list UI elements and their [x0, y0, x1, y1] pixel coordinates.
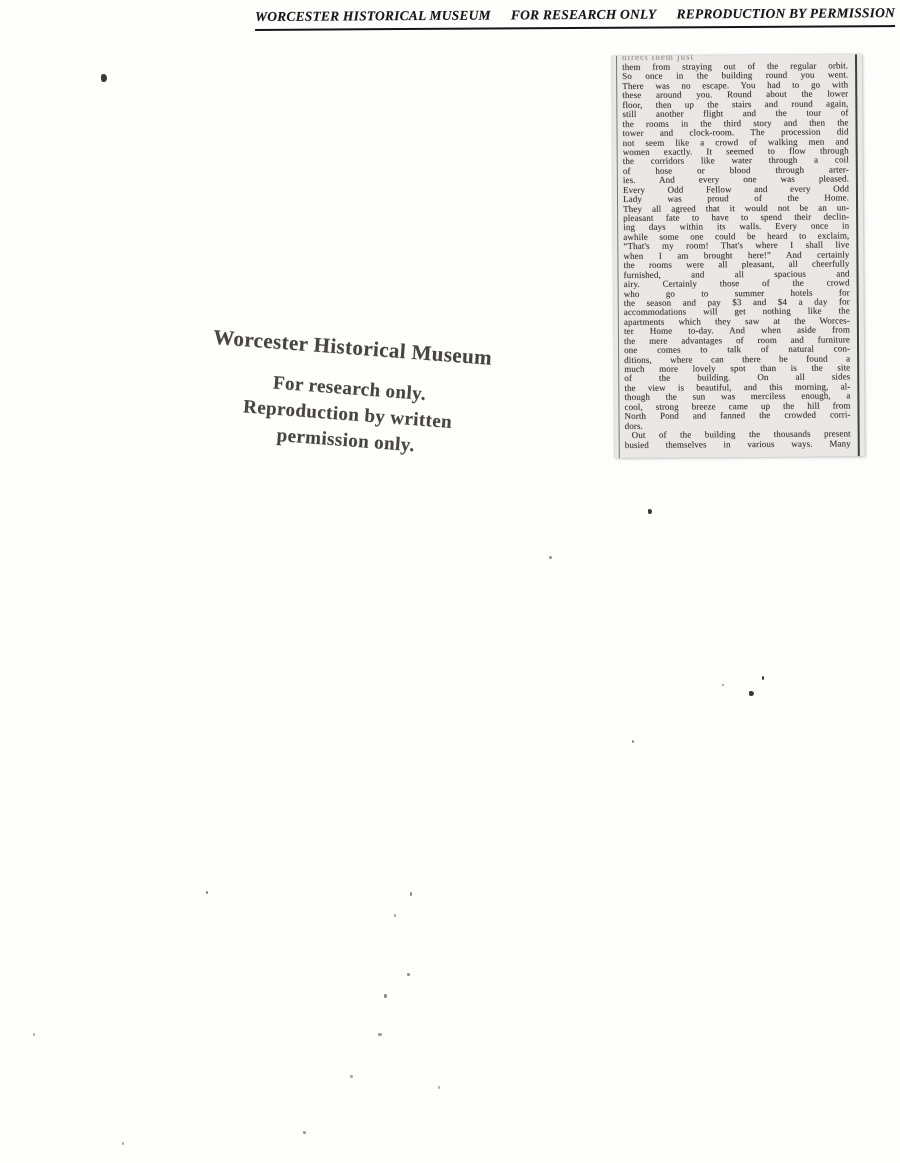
ink-speck	[762, 676, 764, 680]
ink-speck	[101, 74, 107, 82]
ink-speck	[303, 1131, 306, 1134]
ink-speck	[438, 1086, 440, 1089]
ink-speck	[549, 556, 552, 559]
newspaper-clipping: direct them just them from straying out …	[612, 54, 865, 458]
header-reproduction: REPRODUCTION BY PERMISSION	[676, 5, 895, 22]
ink-speck	[378, 1033, 382, 1036]
clipping-text: direct them just them from straying out …	[622, 54, 851, 450]
ink-speck	[632, 740, 634, 743]
ink-speck	[749, 691, 754, 696]
ink-speck	[410, 892, 412, 896]
clipping-line: busied themselves in various ways. Many	[625, 439, 851, 450]
ink-speck	[394, 914, 396, 917]
ink-speck	[722, 684, 724, 686]
clipping-lines: them from straying out of the regular or…	[622, 61, 851, 450]
ink-speck	[122, 1142, 124, 1145]
copyright-header: WORCESTER HISTORICAL MUSEUM FOR RESEARCH…	[255, 5, 895, 31]
ink-speck	[33, 1033, 35, 1036]
scanned-archive-page: WORCESTER HISTORICAL MUSEUM FOR RESEARCH…	[0, 0, 900, 1163]
ink-speck	[407, 973, 410, 976]
clipping-line: North Pond and fanned the crowded corri-	[624, 411, 850, 422]
ink-speck	[384, 994, 387, 998]
stamp-title: Worcester Historical Museum	[201, 324, 504, 372]
ink-speck	[350, 1075, 353, 1078]
ink-speck	[206, 891, 208, 894]
column-rule-right	[854, 54, 859, 456]
column-rule-left	[616, 56, 620, 458]
header-research-only: FOR RESEARCH ONLY	[511, 7, 657, 24]
ink-speck	[648, 509, 652, 514]
header-museum-name: WORCESTER HISTORICAL MUSEUM	[255, 8, 491, 25]
museum-stamp: Worcester Historical Museum For research…	[194, 324, 504, 465]
